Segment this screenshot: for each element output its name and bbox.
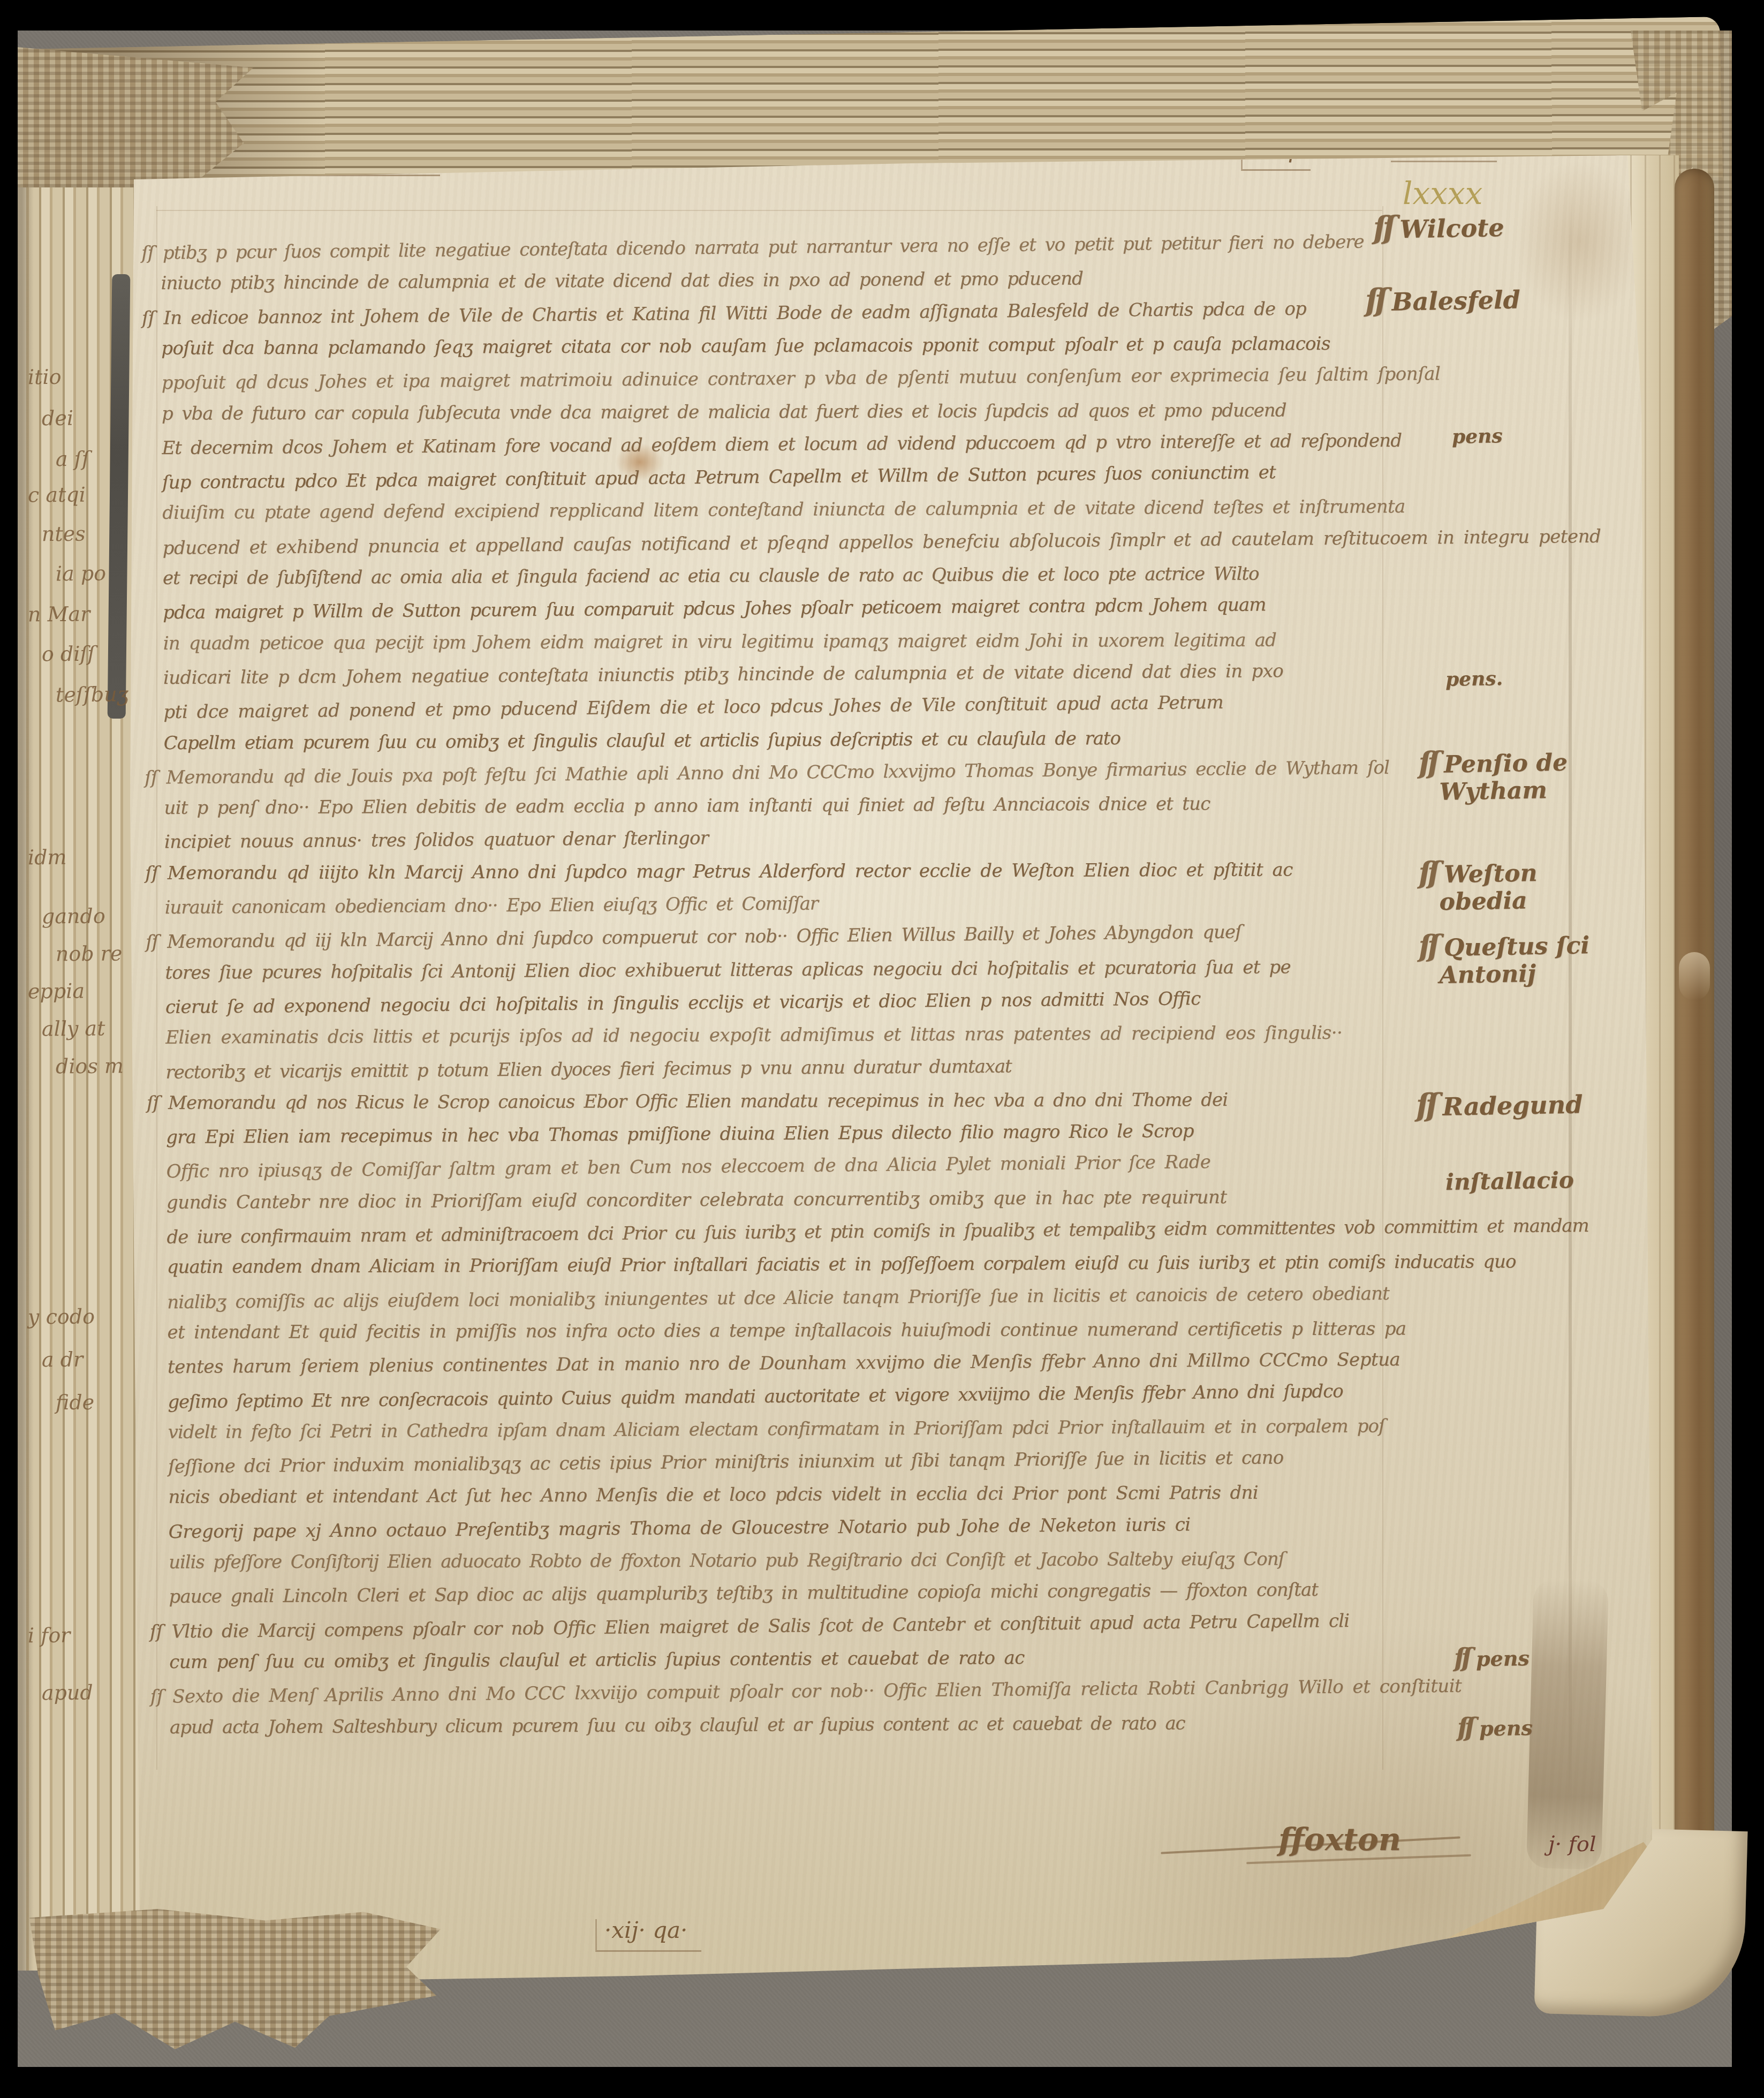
edge-fragment: apud — [42, 1682, 93, 1703]
margin-note: pens. — [1445, 668, 1503, 691]
margin-note: ſſpens — [1457, 1712, 1533, 1742]
paragraph-mark: ſſ — [1418, 745, 1436, 780]
body-line: pti dce maigret ad ponend et pmo pducend… — [163, 693, 1223, 722]
body-line: ſup contractu pdco Et pdca maigret conſt… — [162, 463, 1276, 493]
body-line: nicis obediant et intendant Act ſut hec … — [168, 1484, 1258, 1507]
folio-count-note: j· fol — [1548, 1833, 1596, 1855]
body-line: pdca maigret p Willm de Sutton pcurem ſu… — [163, 596, 1266, 623]
edge-fragment: idm — [28, 847, 67, 868]
ruling-line-left — [156, 206, 157, 1770]
water-stain — [177, 1478, 584, 1778]
body-line: uit p penſ dno·· Epo Elien debitis de ea… — [164, 795, 1210, 818]
ink-stain — [616, 443, 664, 481]
body-line: nialibʒ comiſſis ac alijs eiuſdem loci m… — [167, 1284, 1389, 1312]
body-line: iudicari lite p dcm Johem negatiue conte… — [163, 662, 1283, 688]
main-text-block: ſſ ptibʒ p pcur ſuos compit lite negatiu… — [161, 229, 1418, 1790]
body-line: ſſ ptibʒ p pcur ſuos compit lite negatiu… — [141, 233, 1364, 263]
body-line: Et decernim dcos Johem et Katinam fore v… — [162, 432, 1402, 458]
old-folio-number: lxxxx — [1403, 178, 1482, 209]
damp-streak — [1526, 1579, 1609, 1869]
edge-fragment: a dr — [42, 1349, 84, 1370]
body-line: de iure confirmauim nram et adminiſtraco… — [166, 1217, 1588, 1247]
paragraph-mark: ſſ — [1373, 209, 1392, 246]
body-line: ſſ Memorandu qd die Jouis pxa poſt feſtu… — [145, 758, 1389, 788]
quire-signature: ·xij· qa· — [595, 1919, 701, 1952]
edge-fragment: c atqi — [28, 485, 86, 505]
body-line: uilis pfeſſore Conſiſtorij Elien aduocat… — [169, 1550, 1284, 1572]
body-line: cum penſ ſuu cu omibʒ et ſingulis clauſu… — [169, 1649, 1024, 1672]
body-line: et recipi de ſubſiſtend ac omia alia et … — [163, 565, 1259, 588]
edge-fragment: teſſbuʒ — [56, 684, 128, 705]
margin-note: ſſBalesfeld — [1365, 280, 1520, 318]
paragraph-mark: ſſ — [1415, 1086, 1435, 1123]
manuscript-photo: aº· ccc· lxxvij·mo Saap lxxvij·mo lxxxx … — [0, 0, 1764, 2098]
margin-note: pens — [1452, 425, 1503, 448]
corner-discoloration — [1515, 161, 1644, 321]
body-line: in quadm peticoe qua pecijt ipm Johem ei… — [163, 631, 1277, 653]
edge-fragment: ally at — [42, 1018, 105, 1039]
edge-fragment: nob re — [56, 943, 123, 964]
margin-note: ſſWilcote — [1373, 208, 1504, 245]
body-line: videlt in feſto ſci Petri in Cathedra ip… — [168, 1417, 1385, 1442]
paragraph-mark: ſſ — [1418, 928, 1436, 963]
parchment-recto-page: aº· ccc· lxxvij·mo Saap lxxvij·mo lxxxx … — [0, 0, 1764, 2098]
body-line: apud acta Johem Salteshbury clicum pcure… — [170, 1714, 1185, 1737]
margin-note: ſſRadegund — [1415, 1084, 1583, 1123]
body-line: Offic nro ipiusqʒ de Comiſſar ſaltm gram… — [166, 1153, 1211, 1182]
body-line: poſuit dca banna pclamando ſeqʒ maigret … — [161, 335, 1330, 358]
body-line: ſſ In edicoe bannoz int Johem de Vile de… — [142, 299, 1306, 328]
ruling-line-top — [156, 210, 1382, 211]
body-line: ſſ Memorandu qd iij kln Marcij Anno dni … — [146, 923, 1241, 953]
edge-fragment: ia po — [56, 563, 106, 584]
edge-fragment: o diſſ — [42, 644, 95, 665]
registrar-signature: ffoxton — [1278, 1824, 1401, 1855]
body-line: ſeſſione dci Prior induxim monialibʒqʒ a… — [168, 1448, 1284, 1477]
body-line: gundis Cantebr nre dioc in Prioriſſam ei… — [166, 1188, 1227, 1213]
body-line: gra Epi Elien iam recepimus in hec vba T… — [166, 1122, 1193, 1147]
body-line: incipiet nouus annus· tres ſolidos quatu… — [164, 829, 709, 852]
body-line: Gregorij pape xj Anno octauo Preſentibʒ … — [169, 1515, 1191, 1542]
body-line: diuiſim cu ptate agend defend excipiend … — [162, 497, 1405, 523]
body-line: Capellm etiam pcurem ſuu cu omibʒ et ſin… — [164, 729, 1121, 753]
margin-note: ſſQueſtus ſciAntonij — [1418, 926, 1590, 990]
edge-fragment: eppia — [28, 981, 85, 1002]
body-line: tentes harum ſeriem plenius continentes … — [168, 1350, 1400, 1377]
ruling-line-right — [1382, 206, 1383, 1770]
body-line: pducend et exhibend pnuncia et appelland… — [162, 527, 1601, 558]
body-line: et intendant Et quid fecitis in pmiſſis … — [167, 1319, 1406, 1342]
paragraph-mark: ſſ — [1365, 282, 1384, 319]
paragraph-mark: ſſ — [1457, 1712, 1472, 1742]
body-line: ſſ Vltio die Marcij compens pſoalr cor n… — [150, 1612, 1350, 1642]
body-line: rectoribʒ et vicarijs emittit p totum El… — [165, 1057, 1011, 1082]
body-line: tores ſiue pcures hoſpitalis ſci Antonij… — [165, 958, 1291, 983]
body-line: iniucto ptibʒ hincinde de calumpnia et d… — [161, 270, 1083, 293]
paragraph-mark: ſſ — [1454, 1643, 1469, 1673]
body-line: quatin eandem dnam Aliciam in Prioriſſam… — [167, 1253, 1516, 1278]
edge-fragment: fide — [56, 1392, 95, 1413]
body-line: ppoſuit qd dcus Johes et ipa maigret mat… — [162, 365, 1441, 393]
body-line: pauce gnali Lincoln Cleri et Sap dioc ac… — [169, 1581, 1318, 1607]
edge-fragment: i for — [28, 1625, 71, 1646]
body-line: cierut ſe ad exponend negociu dci hoſpit… — [165, 990, 1201, 1017]
edge-fragment: itio — [28, 367, 62, 388]
margin-note: ſſWeſtonobedia — [1418, 854, 1538, 917]
body-line: iurauit canonicam obedienciam dno·· Epo … — [165, 895, 818, 918]
margin-note: ſſPenſio deWytham — [1418, 743, 1568, 807]
fore-edge-leather-roll — [1675, 169, 1714, 1871]
body-line: geſimo ſeptimo Et nre conſecracois quint… — [168, 1382, 1343, 1412]
body-line: ſſ Sexto die Menſ Aprilis Anno dni Mo CC… — [150, 1677, 1462, 1707]
margin-note: ſſpens — [1454, 1642, 1530, 1673]
paragraph-mark: ſſ — [1418, 855, 1436, 890]
body-line: p vba de futuro car copula ſubſecuta vnd… — [162, 401, 1286, 424]
body-line: ſſ Memorandu qd iiijto kln Marcij Anno d… — [145, 861, 1293, 883]
margin-note: inſtallacio — [1445, 1167, 1574, 1195]
edge-fragment: n Mar — [28, 603, 90, 624]
edge-fragment: a ſſ — [56, 449, 89, 470]
edge-fragment: dei — [42, 408, 73, 429]
body-line: ſſ Memorandu qd nos Ricus le Scrop canoi… — [147, 1091, 1228, 1113]
page-crease — [1569, 177, 1572, 1826]
body-line: Elien examinatis dcis littis et pcurijs … — [165, 1024, 1342, 1048]
edge-fragment: dios m — [56, 1055, 124, 1076]
edge-fragment: gando — [42, 905, 105, 926]
edge-fragment: ntes — [42, 524, 86, 545]
edge-fragment: y codo — [28, 1306, 95, 1327]
